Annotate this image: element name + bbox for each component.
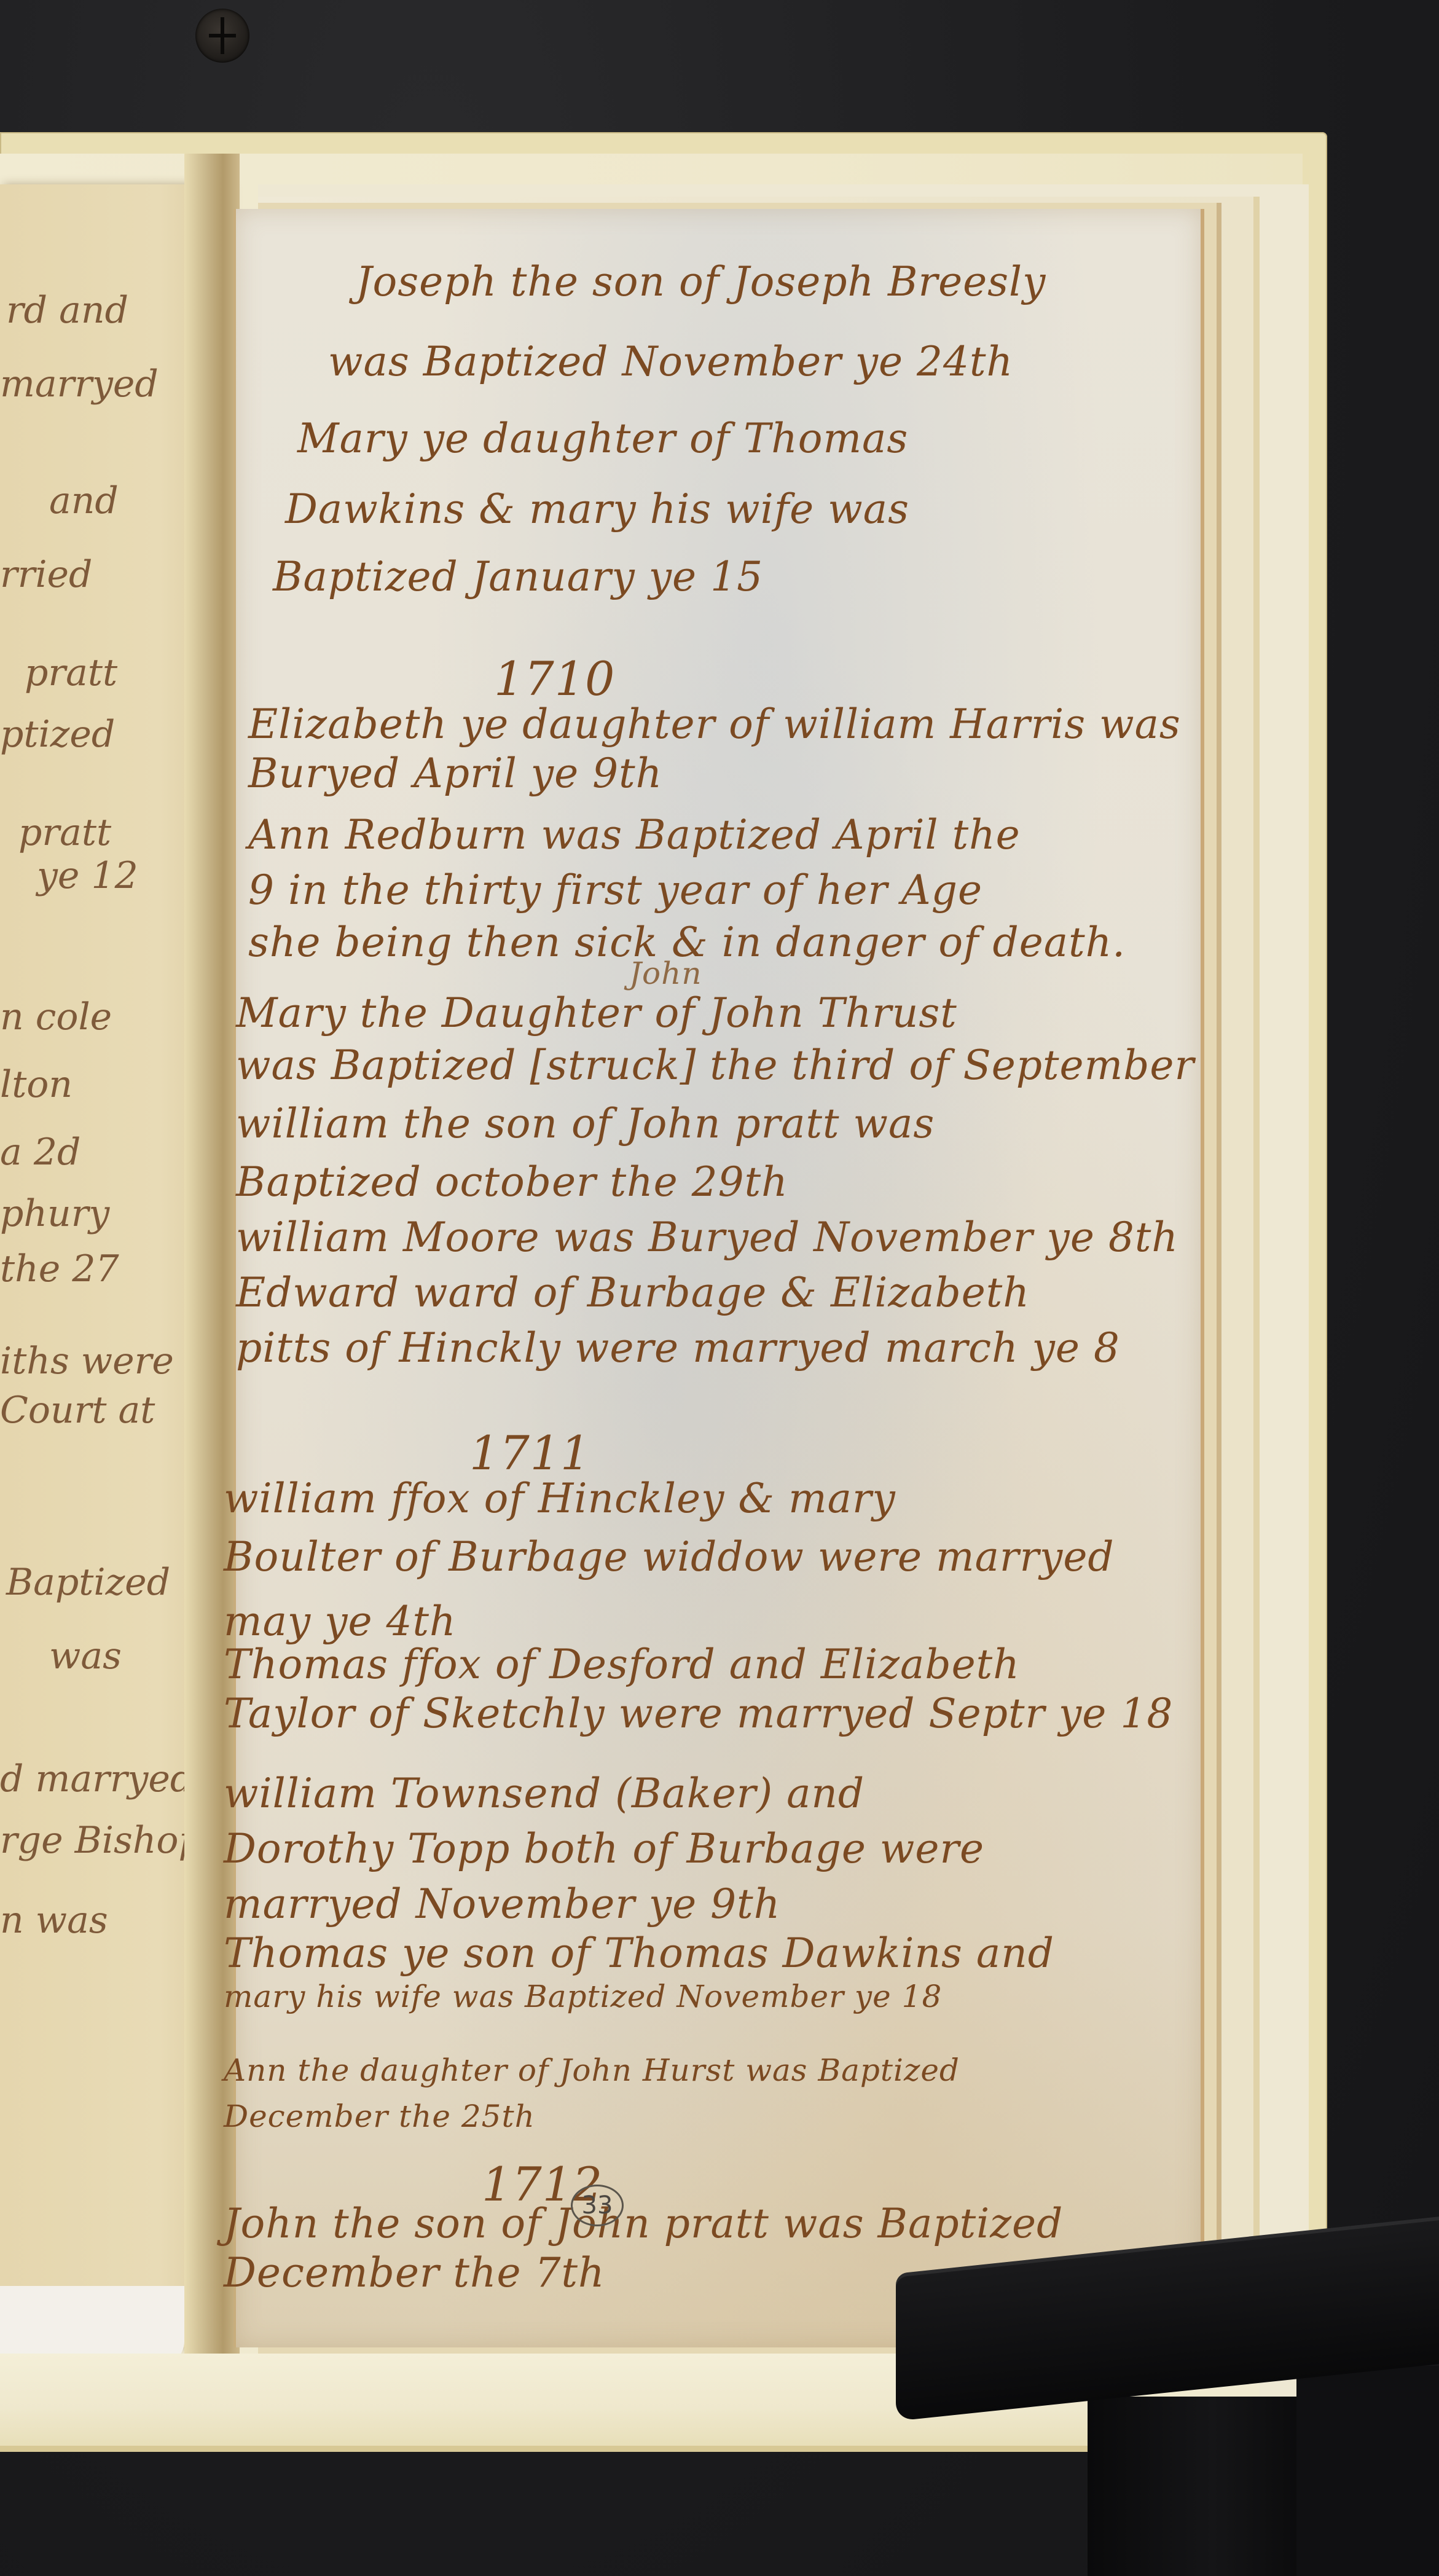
clamp-shadow <box>1296 2366 1439 2576</box>
entry-line: william Townsend (Baker) and <box>224 1770 865 1817</box>
interlinear-insertion: John <box>629 956 702 991</box>
entry-line: Thomas ye son of Thomas Dawkins and <box>224 1930 1054 1977</box>
left-fragment: marryed <box>0 363 159 406</box>
entry-line: william ffox of Hinckley & mary <box>224 1475 896 1522</box>
entry-line: Dorothy Topp both of Burbage were <box>224 1825 984 1872</box>
left-fragment: n was <box>0 1899 108 1942</box>
left-fragment: Court at <box>0 1389 155 1432</box>
folio-number: 33 <box>571 2185 624 2226</box>
left-fragment: d marryed <box>0 1757 194 1800</box>
entry-line: 9 in the thirty first year of her Age <box>248 866 982 914</box>
entry-line: may ye 4th <box>224 1598 457 1645</box>
left-fragment: ptized <box>0 713 115 756</box>
entry-line: william Moore was Buryed November ye 8th <box>236 1214 1178 1261</box>
entry-line: Taylor of Sketchly were marryed Septr ye… <box>224 1690 1173 1737</box>
year-heading: 1711 <box>469 1426 590 1480</box>
register-page: Joseph the son of Joseph Breesly was Bap… <box>233 209 1204 2347</box>
left-fragment: phury <box>0 1192 109 1235</box>
entry-line: December the 25th <box>224 2099 535 2134</box>
left-fragment: rried <box>0 553 92 596</box>
entry-line: Mary ye daughter of Thomas <box>297 415 908 462</box>
entry-line: Elizabeth ye daughter of william Harris … <box>248 701 1181 748</box>
entry-line: was Baptized [struck] the third of Septe… <box>236 1042 1194 1089</box>
entry-line: Ann Redburn was Baptized April the <box>248 811 1021 858</box>
year-heading: 1710 <box>494 651 615 706</box>
entry-line: Boulter of Burbage widdow were marryed <box>224 1533 1115 1581</box>
entry-line: Baptized January ye 15 <box>273 553 763 600</box>
entry-line: December the 7th <box>224 2249 605 2296</box>
left-fragment: n cole <box>0 995 112 1039</box>
entry-line: was Baptized November ye 24th <box>328 338 1013 385</box>
entry-line: Edward ward of Burbage & Elizabeth <box>236 1269 1030 1316</box>
screw-icon <box>195 9 249 63</box>
entry-line: marryed November ye 9th <box>224 1880 780 1928</box>
entry-line: Ann the daughter of John Hurst was Bapti… <box>224 2052 960 2088</box>
entry-line: Baptized october the 29th <box>236 1158 788 1206</box>
left-fragment: Baptized <box>6 1561 170 1604</box>
left-fragment: the 27 <box>0 1247 119 1290</box>
entry-line: william the son of John pratt was <box>236 1100 935 1147</box>
left-fragment: iths were <box>0 1340 174 1383</box>
left-fragment: ye 12 <box>37 854 138 897</box>
left-fragment: rge Bishop <box>0 1819 202 1862</box>
entry-line: pitts of Hinckly were marryed march ye 8 <box>236 1324 1120 1372</box>
left-fragment: pratt <box>25 651 117 694</box>
left-fragment: lton <box>0 1063 73 1106</box>
entry-line: Mary the Daughter of John Thrust <box>236 989 957 1037</box>
entry-line: John the son of John pratt was Baptized <box>224 2200 1063 2247</box>
entry-line: Dawkins & mary his wife was <box>285 485 909 533</box>
entry-line: Thomas ffox of Desford and Elizabeth <box>224 1641 1020 1688</box>
entry-line: mary his wife was Baptized November ye 1… <box>224 1979 942 2014</box>
entry-line: Buryed April ye 9th <box>248 750 662 797</box>
clamp-stem <box>1088 2397 1296 2576</box>
left-fragment: a 2d <box>0 1131 80 1174</box>
left-fragment: pratt <box>18 811 111 854</box>
entry-line: Joseph the son of Joseph Breesly <box>356 258 1046 305</box>
left-fragment: was <box>49 1635 122 1678</box>
left-fragment: rd and <box>6 289 128 332</box>
left-fragment: and <box>49 479 119 522</box>
